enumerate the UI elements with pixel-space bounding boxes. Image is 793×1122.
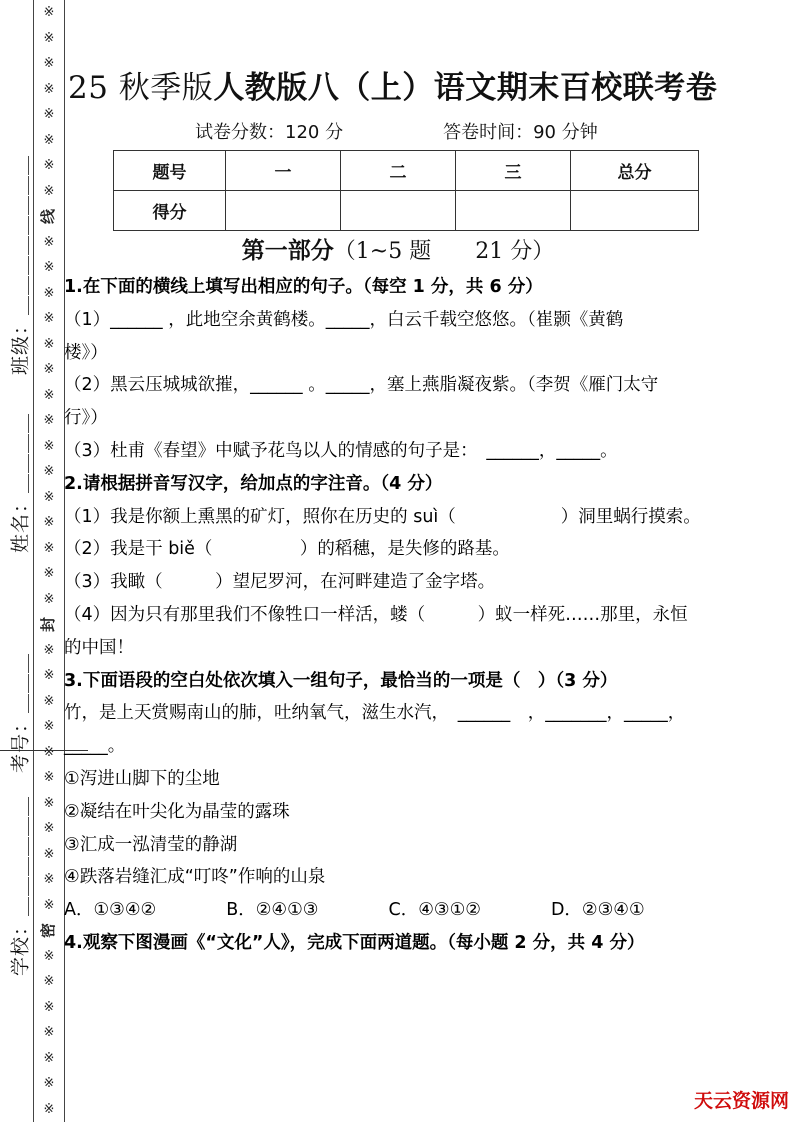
strip-mark: ※ [44,695,55,708]
seal-char: 密 [42,923,55,938]
score-table-cell-total: 总分 [571,151,699,191]
score-label-cell: 得分 [114,191,226,231]
exam-paper-page: { "margin": { "labels": [ "班级：＿＿＿＿＿＿＿＿",… [0,0,793,1122]
page-title: 25 秋季版人教版八（上）语文期末百校联考卷 [68,62,768,107]
strip-mark: ※ [44,159,55,172]
strip-mark: ※ [44,593,55,606]
strip-mark: ※ [44,1077,55,1090]
strip-mark: ※ [44,261,55,274]
question-3-option-2: ②凝结在叶尖化为晶莹的露珠 [64,796,760,829]
question-1-item-1: （1）______ ，此地空余黄鹤楼。_____，白云千载空悠悠。（崔颢《黄鹤 [64,304,760,337]
strip-mark: ※ [44,720,55,733]
strip-mark: ※ [44,389,55,402]
question-3-stem: 3.下面语段的空白处依次填入一组句子，最恰当的一项是（ ）（3 分） [64,665,760,698]
score-blank-cell [456,191,571,231]
seal-char: 封 [42,617,55,632]
question-1-item-2-cont: 行》） [64,402,760,435]
strip-mark: ※ [44,797,55,810]
strip-mark: ※ [44,134,55,147]
title-main: 人教版八（上）语文期末百校联考卷 [213,70,717,106]
strip-mark: ※ [44,6,55,19]
paper-score-label: 试卷分数：120 分 [195,118,343,144]
answer-time-label: 答卷时间：90 分钟 [443,118,598,144]
question-2-item-1: （1）我是你额上熏黑的矿灯，照你在历史的 suì（ ）洞里蜗行摸索。 [64,501,760,534]
strip-mark: ※ [44,1103,55,1116]
score-table-cell-part1: 一 [226,151,341,191]
strip-mark: ※ [44,899,55,912]
strip-mark: ※ [44,185,55,198]
score-table: 题号 一 二 三 总分 得分 [113,150,699,231]
question-1-item-2: （2）黑云压城城欲摧，______ 。_____，塞上燕脂凝夜紫。（李贺《雁门太… [64,369,760,402]
strip-mark: ※ [44,669,55,682]
strip-mark: ※ [44,57,55,70]
question-1-item-1-cont: 楼》） [64,337,760,370]
binding-strip: ※※※※※※※※线※※※※※※※※※※※※※※※封※※※※※※※※※※※密※※※… [34,0,64,1122]
question-3-passage: 竹，是上天赏赐南山的肺，吐纳氧气，滋生水汽， ______ ，_______，_… [64,697,760,730]
strip-mark: ※ [44,108,55,121]
score-table-cell-part2: 二 [341,151,456,191]
question-4-stem: 4.观察下图漫画《“文化”人》，完成下面两道题。（每小题 2 分，共 4 分） [64,927,760,960]
score-blank-cell [571,191,699,231]
strip-mark: ※ [44,975,55,988]
school-field: 学校：＿＿＿＿＿＿ [6,796,33,976]
section-title: 第一部分 [242,237,334,264]
strip-mark: ※ [44,873,55,886]
strip-mark: ※ [44,567,55,580]
title-edition-prefix: 25 秋季版 [68,70,213,106]
strip-mark: ※ [44,1001,55,1014]
question-3-passage-cont: _____。 [64,730,760,763]
exam-number-field: 考号：＿＿＿ [6,653,33,773]
strip-mark: ※ [44,516,55,529]
strip-mark: ※ [44,236,55,249]
strip-mark: ※ [44,1052,55,1065]
strip-mark: ※ [44,312,55,325]
score-table-header-row: 题号 一 二 三 总分 [114,151,699,191]
section-subtitle: （1~5 题 21 分） [334,239,554,264]
section-heading: 第一部分（1~5 题 21 分） [68,232,728,265]
strip-mark: ※ [44,287,55,300]
strip-mark: ※ [44,414,55,427]
question-3-option-4: ④跌落岩缝汇成“叮咚”作响的山泉 [64,861,760,894]
score-table-cell-part3: 三 [456,151,571,191]
name-field: 姓名：＿＿＿＿ [6,413,33,553]
score-blank-cell [226,191,341,231]
question-1-item-3: （3）杜甫《春望》中赋予花鸟以人的情感的句子是： ______，_____。 [64,435,760,468]
seal-char: 线 [42,209,55,224]
strip-mark: ※ [44,440,55,453]
question-2-item-2: （2）我是干 biě（ ）的稻穗，是失修的路基。 [64,533,760,566]
strip-mark: ※ [44,338,55,351]
strip-mark: ※ [44,32,55,45]
strip-mark: ※ [44,1026,55,1039]
strip-mark: ※ [44,848,55,861]
question-2-item-4: （4）因为只有那里我们不像牲口一样活，蝼（ ）蚁一样死……那里，永恒 [64,599,760,632]
question-1-stem: 1.在下面的横线上填写出相应的句子。（每空 1 分，共 6 分） [64,271,760,304]
strip-mark: ※ [44,363,55,376]
question-2-item-3: （3）我瞰（ ）望尼罗河，在河畔建造了金字塔。 [64,566,760,599]
score-table-score-row: 得分 [114,191,699,231]
strip-mark: ※ [44,542,55,555]
watermark-site-name: 天云资源网 [694,1086,789,1113]
strip-mark: ※ [44,822,55,835]
strip-mark: ※ [44,771,55,784]
question-3-choices: A．①③④② B．②④①③ C．④③①② D．②③④① [64,894,760,927]
question-body: 1.在下面的横线上填写出相应的句子。（每空 1 分，共 6 分） （1）____… [64,271,760,960]
strip-mark: ※ [44,83,55,96]
strip-mark: ※ [44,491,55,504]
strip-mark: ※ [44,746,55,759]
score-table-cell-tihao: 题号 [114,151,226,191]
exam-info-line: 试卷分数：120 分 答卷时间：90 分钟 [195,118,755,144]
question-2-item-4-cont: 的中国！ [64,632,760,665]
strip-mark: ※ [44,644,55,657]
strip-mark: ※ [44,465,55,478]
question-3-option-1: ①泻进山脚下的尘地 [64,763,760,796]
score-blank-cell [341,191,456,231]
strip-mark: ※ [44,950,55,963]
question-3-option-3: ③汇成一泓清莹的静湖 [64,829,760,862]
question-2-stem: 2.请根据拼音写汉字，给加点的字注音。（4 分） [64,468,760,501]
class-field: 班级：＿＿＿＿＿＿＿＿ [6,155,33,375]
